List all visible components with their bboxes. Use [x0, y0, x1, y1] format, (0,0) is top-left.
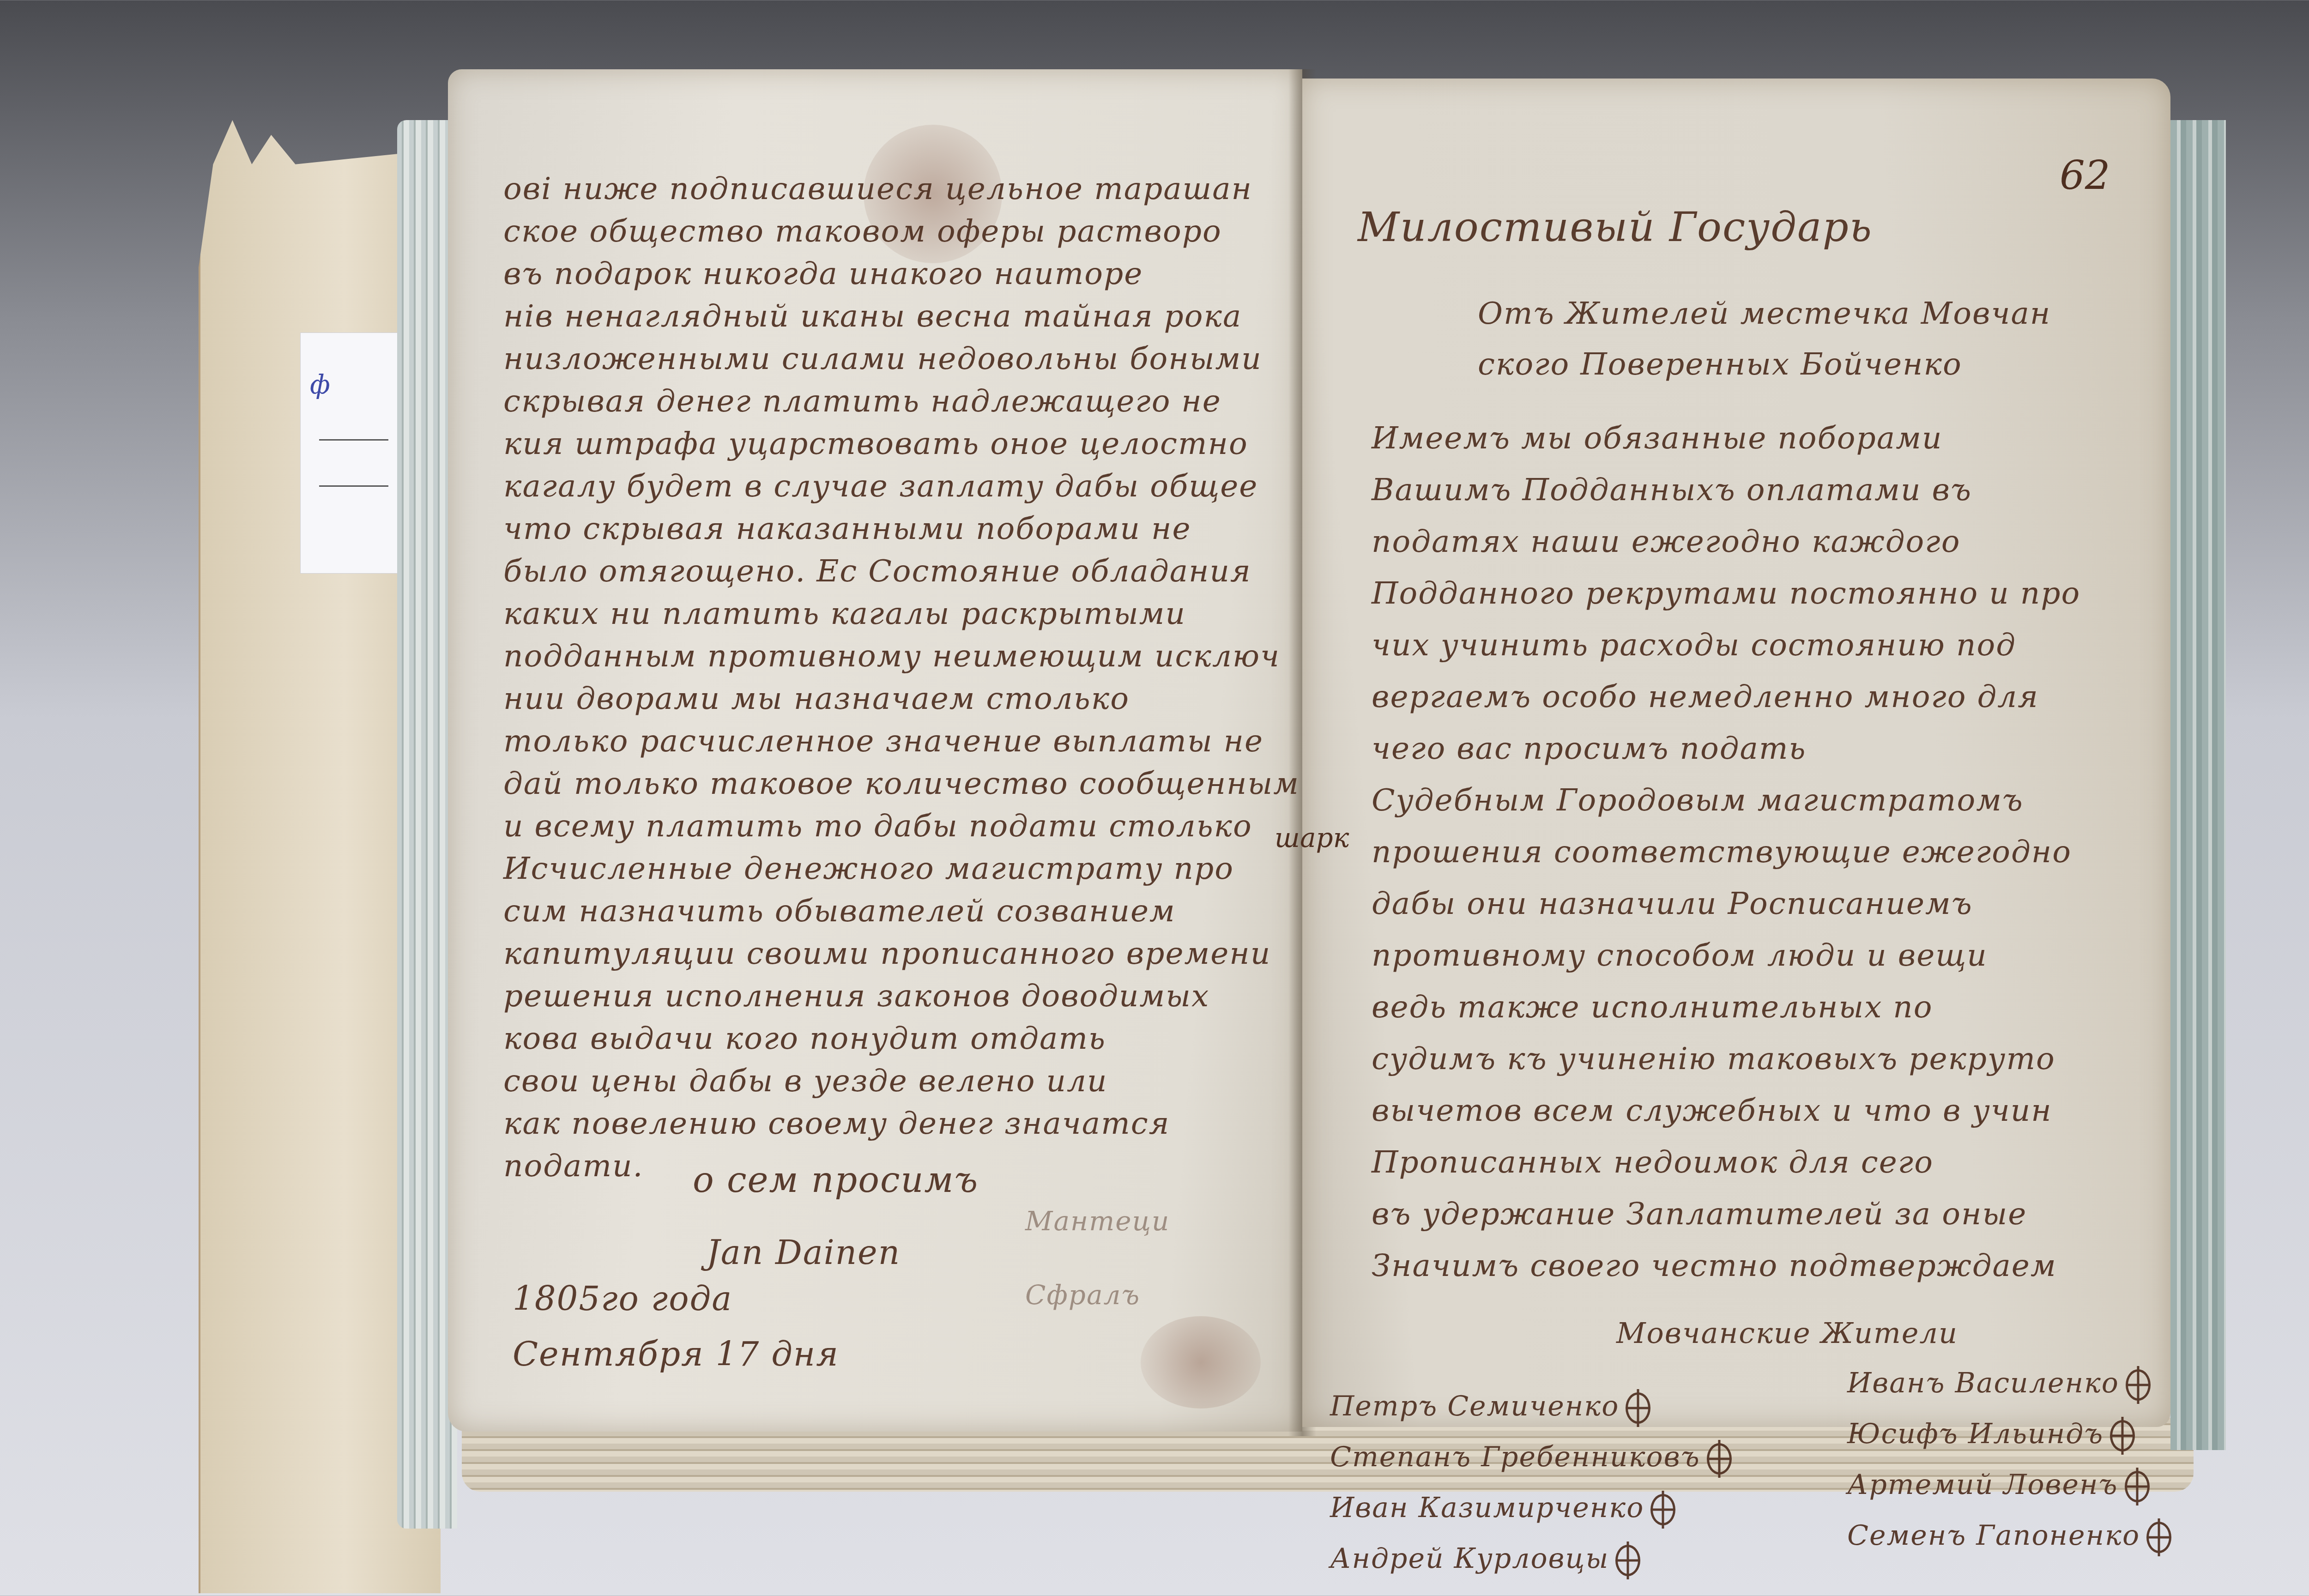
- handwritten-line: скрывая денег платить надлежащего не: [503, 383, 1221, 419]
- handwritten-line: чего вас просимъ подать: [1372, 731, 1806, 766]
- from-line: ского Поверенных Бойченко: [1478, 346, 1962, 382]
- signatory-name: Андрей Курловцы: [1330, 1542, 1609, 1575]
- signatory-entry: Семенъ Гапоненко: [1847, 1519, 2171, 1553]
- left-page: ові ниже подписавшиеся цельное тарашанск…: [448, 69, 1302, 1432]
- handwritten-line: ові ниже подписавшиеся цельное тарашан: [503, 171, 1252, 206]
- open-bound-volume: ові ниже подписавшиеся цельное тарашанск…: [397, 51, 2254, 1552]
- signature: Jan Dainen: [707, 1233, 901, 1272]
- handwritten-line: Вашимъ Подданныхъ оплатами въ: [1372, 472, 1972, 508]
- handwritten-line: подати.: [503, 1148, 644, 1184]
- handwritten-line: кагалу будет в случае заплату дабы общее: [503, 468, 1258, 504]
- folio-number: 62: [2060, 152, 2110, 199]
- handwritten-line: и всему платить то дабы подати столько: [503, 808, 1252, 844]
- handwritten-line: сим назначить обывателей созванием: [503, 893, 1176, 929]
- signatory-entry: Петръ Семиченко: [1330, 1390, 1650, 1424]
- handwritten-line: кова выдачи кого понудит отдать: [503, 1021, 1106, 1056]
- signatory-entry: Андрей Курловцы: [1330, 1542, 1640, 1576]
- cross-mark-icon: [2146, 1522, 2171, 1553]
- handwritten-line: Исчисленные денежного магистрату про: [503, 851, 1234, 886]
- signatory-entry: Юсифъ Ильиндъ: [1847, 1418, 2135, 1451]
- handwritten-line: Прописанных недоимок для сего: [1372, 1144, 1934, 1180]
- cross-mark-icon: [1626, 1392, 1650, 1424]
- handwritten-line: только расчисленное значение выплаты не: [503, 723, 1263, 759]
- library-slip: ф: [300, 332, 412, 574]
- handwritten-line: низложенными силами недовольны боными: [503, 341, 1262, 376]
- handwritten-line: как повелению своему денег значатся: [503, 1106, 1170, 1141]
- signatory-name: Степанъ Гребенниковъ: [1330, 1441, 1700, 1473]
- signatory-name: Семенъ Гапоненко: [1847, 1519, 2140, 1552]
- signatory-entry: Артемий Ловенъ: [1847, 1469, 2150, 1502]
- handwritten-line: податях наши ежегодно каждого: [1372, 524, 1960, 559]
- page-stack-right: [2170, 120, 2226, 1450]
- handwritten-line: кия штрафа уцарствовать оное целостно: [503, 426, 1248, 461]
- handwritten-line: Значимъ своего честно подтверждаем: [1372, 1248, 2057, 1283]
- handwritten-line: противному способом люди и вещи: [1372, 937, 1988, 973]
- signatory-name: Иванъ Василенко: [1847, 1367, 2119, 1399]
- handwritten-line: решения исполнения законов доводимых: [503, 978, 1209, 1014]
- handwritten-line: судимъ къ учиненію таковыхъ рекруто: [1372, 1041, 2055, 1076]
- handwritten-line: подданным противному неимеющим исключ: [503, 638, 1280, 674]
- date-year: 1805го года: [513, 1279, 732, 1318]
- signatory-entry: Иван Казимирченко: [1330, 1492, 1675, 1525]
- handwritten-line: вычетов всем служебных и что в учин: [1372, 1093, 2052, 1128]
- slip-rule-line: [319, 439, 388, 441]
- signatory-entry: Иванъ Василенко: [1847, 1367, 2151, 1401]
- faint-marginal-text: Сфралъ: [1025, 1279, 1140, 1311]
- handwritten-line: чих учинить расходы состоянию под: [1372, 627, 2016, 663]
- ink-stain: [1141, 1316, 1261, 1409]
- handwritten-line: дай только таковое количество сообщенным: [503, 766, 1300, 801]
- handwritten-line: что скрывая наказанными поборами не: [503, 511, 1191, 546]
- cross-mark-icon: [2110, 1420, 2135, 1451]
- right-page: 62 Милостивый Государь Отъ Жителей месте…: [1302, 79, 2170, 1427]
- signatory-name: Петръ Семиченко: [1330, 1390, 1619, 1422]
- handwritten-line: каких ни платить кагалы раскрытыми: [503, 596, 1186, 631]
- handwritten-line: ведь также исполнительных по: [1372, 989, 1933, 1025]
- signatories-heading: Мовчанские Жители: [1616, 1316, 1958, 1350]
- handwritten-line: нів ненаглядный иканы весна тайная рока: [503, 298, 1242, 334]
- margin-note: шарк: [1275, 822, 1349, 853]
- handwritten-line: въ подарок никогда инакого наиторе: [503, 256, 1143, 291]
- handwritten-line: Имеемъ мы обязанные поборами: [1372, 420, 1942, 456]
- cross-mark-icon: [2125, 1471, 2150, 1502]
- handwritten-line: дабы они назначили Росписаниемъ: [1372, 886, 1973, 921]
- handwritten-line: вергаемъ особо немедленно много для: [1372, 679, 2039, 714]
- faint-marginal-text: Мантеци: [1025, 1205, 1170, 1237]
- signatory-name: Юсифъ Ильиндъ: [1847, 1418, 2103, 1450]
- handwritten-line: Судебным Городовым магистратомъ: [1372, 782, 2024, 818]
- library-slip-mark: ф: [310, 370, 330, 400]
- date-day: Сентября 17 дня: [513, 1335, 839, 1373]
- signatory-entry: Степанъ Гребенниковъ: [1330, 1441, 1732, 1475]
- handwritten-line: свои цены дабы в уезде велено или: [503, 1063, 1108, 1099]
- cross-mark-icon: [1707, 1443, 1732, 1475]
- cross-mark-icon: [1615, 1545, 1640, 1576]
- from-line: Отъ Жителей местечка Мовчан: [1478, 296, 2051, 331]
- slip-rule-line: [319, 485, 388, 487]
- closing-phrase: о сем просимъ: [693, 1159, 979, 1200]
- signatory-name: Артемий Ловенъ: [1847, 1469, 2118, 1501]
- handwritten-line: Подданного рекрутами постоянно и про: [1372, 575, 2080, 611]
- handwritten-line: было отягощено. Ес Состояние обладания: [503, 553, 1251, 589]
- cross-mark-icon: [1650, 1494, 1675, 1525]
- cross-mark-icon: [2126, 1369, 2151, 1401]
- salutation: Милостивый Государь: [1358, 203, 1873, 251]
- handwritten-line: капитуляции своими прописанного времени: [503, 936, 1271, 971]
- handwritten-line: прошения соответствующие ежегодно: [1372, 834, 2072, 870]
- handwritten-line: ское общество таковом оферы растворо: [503, 213, 1222, 249]
- handwritten-line: въ удержание Заплатителей за оные: [1372, 1196, 2027, 1232]
- handwritten-line: нии дворами мы назначаем столько: [503, 681, 1130, 716]
- signatory-name: Иван Казимирченко: [1330, 1492, 1644, 1524]
